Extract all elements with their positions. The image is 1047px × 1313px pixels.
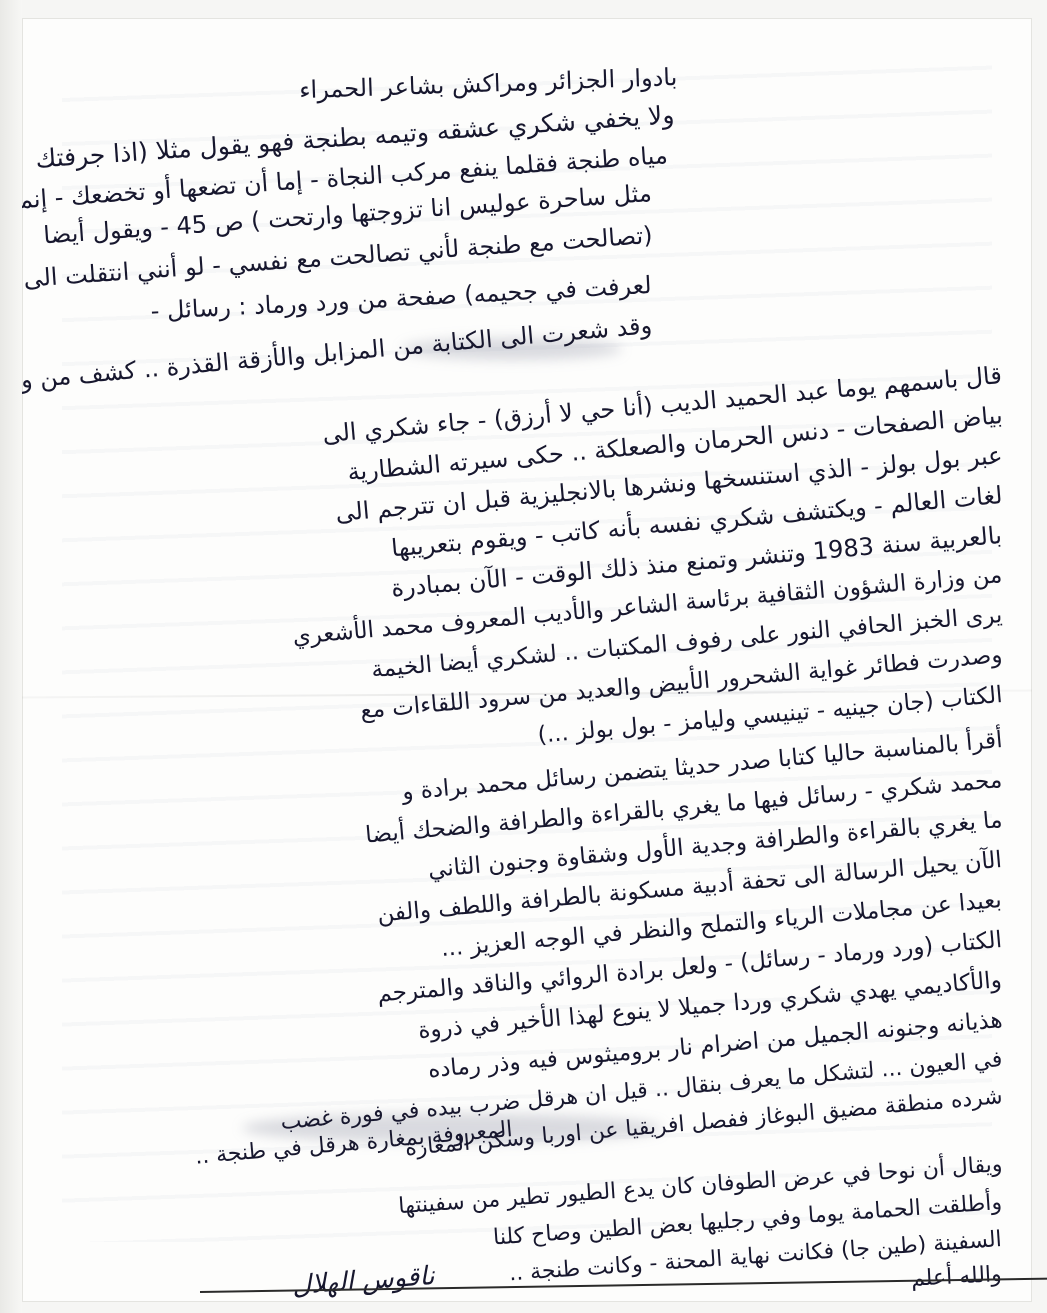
letter-line: بادوار الجزائر ومراكش بشاعر الحمراء bbox=[298, 60, 677, 107]
scan-edge bbox=[0, 0, 22, 1313]
signature: ناقوس الهلال bbox=[291, 1261, 435, 1301]
letter-line: والله أعلم bbox=[911, 1258, 1003, 1297]
handwritten-letter-page: بادوار الجزائر ومراكش بشاعر الحمراء ولا … bbox=[22, 18, 1032, 1302]
